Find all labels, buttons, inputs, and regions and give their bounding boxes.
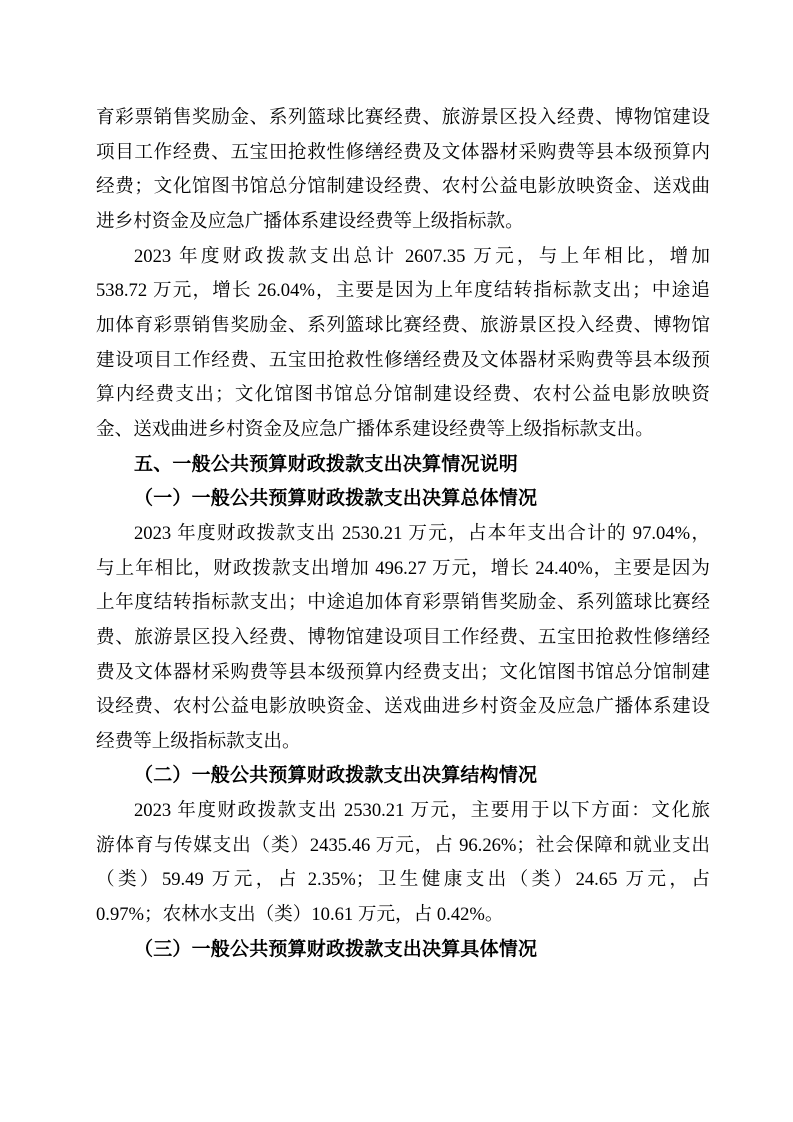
document-line: 建设项目工作经费、五宝田抢救性修缮经费及文体器材采购费等县本级预 <box>96 344 710 379</box>
document-line: 0.97%；农林水支出（类）10.61 万元，占 0.42%。 <box>96 898 710 933</box>
section-heading-five: 五、一般公共预算财政拨款支出决算情况说明 <box>96 448 710 483</box>
document-line: 加体育彩票销售奖励金、系列篮球比赛经费、旅游景区投入经费、博物馆 <box>96 309 710 344</box>
document-line: 经费；文化馆图书馆总分馆制建设经费、农村公益电影放映资金、送戏曲 <box>96 170 710 205</box>
document-page: 育彩票销售奖励金、系列篮球比赛经费、旅游景区投入经费、博物馆建设 项目工作经费、… <box>0 0 793 1122</box>
paragraph-budget-overall: 2023 年度财政拨款支出 2530.21 万元，占本年支出合计的 97.04%… <box>96 517 710 760</box>
document-line: 进乡村资金及应急广播体系建设经费等上级指标款。 <box>96 205 710 240</box>
document-line: 538.72 万元，增长 26.04%，主要是因为上年度结转指标款支出；中途追 <box>96 274 710 309</box>
document-line: 2023 年度财政拨款支出 2530.21 万元，占本年支出合计的 97.04%… <box>96 517 710 552</box>
document-line: 费及文体器材采购费等县本级预算内经费支出；文化馆图书馆总分馆制建 <box>96 656 710 691</box>
document-line: 游体育与传媒支出（类）2435.46 万元，占 96.26%；社会保障和就业支出 <box>96 829 710 864</box>
document-line: （类）59.49 万元，占 2.35%；卫生健康支出（类）24.65 万元，占 <box>96 863 710 898</box>
document-line: 项目工作经费、五宝田抢救性修缮经费及文体器材采购费等县本级预算内 <box>96 136 710 171</box>
document-line: 设经费、农村公益电影放映资金、送戏曲进乡村资金及应急广播体系建设 <box>96 690 710 725</box>
document-line: 上年度结转指标款支出；中途追加体育彩票销售奖励金、系列篮球比赛经 <box>96 586 710 621</box>
document-line: 经费等上级指标款支出。 <box>96 725 710 760</box>
document-line: 2023 年度财政拨款支出 2530.21 万元，主要用于以下方面：文化旅 <box>96 794 710 829</box>
document-content: 育彩票销售奖励金、系列篮球比赛经费、旅游景区投入经费、博物馆建设 项目工作经费、… <box>96 101 710 967</box>
document-line: 费、旅游景区投入经费、博物馆建设项目工作经费、五宝田抢救性修缮经 <box>96 621 710 656</box>
paragraph-expenditure-total: 2023 年度财政拨款支出总计 2607.35 万元，与上年相比，增加 538.… <box>96 240 710 448</box>
paragraph-budget-structure: 2023 年度财政拨款支出 2530.21 万元，主要用于以下方面：文化旅 游体… <box>96 794 710 933</box>
subsection-heading-three: （三）一般公共预算财政拨款支出决算具体情况 <box>96 933 710 968</box>
subsection-heading-one: （一）一般公共预算财政拨款支出决算总体情况 <box>96 482 710 517</box>
subsection-heading-two: （二）一般公共预算财政拨款支出决算结构情况 <box>96 759 710 794</box>
document-line: 金、送戏曲进乡村资金及应急广播体系建设经费等上级指标款支出。 <box>96 413 710 448</box>
document-line: 育彩票销售奖励金、系列篮球比赛经费、旅游景区投入经费、博物馆建设 <box>96 101 710 136</box>
document-line: 2023 年度财政拨款支出总计 2607.35 万元，与上年相比，增加 <box>96 240 710 275</box>
document-line: 算内经费支出；文化馆图书馆总分馆制建设经费、农村公益电影放映资 <box>96 378 710 413</box>
document-line: 与上年相比，财政拨款支出增加 496.27 万元，增长 24.40%，主要是因为 <box>96 552 710 587</box>
paragraph-continuation: 育彩票销售奖励金、系列篮球比赛经费、旅游景区投入经费、博物馆建设 项目工作经费、… <box>96 101 710 240</box>
